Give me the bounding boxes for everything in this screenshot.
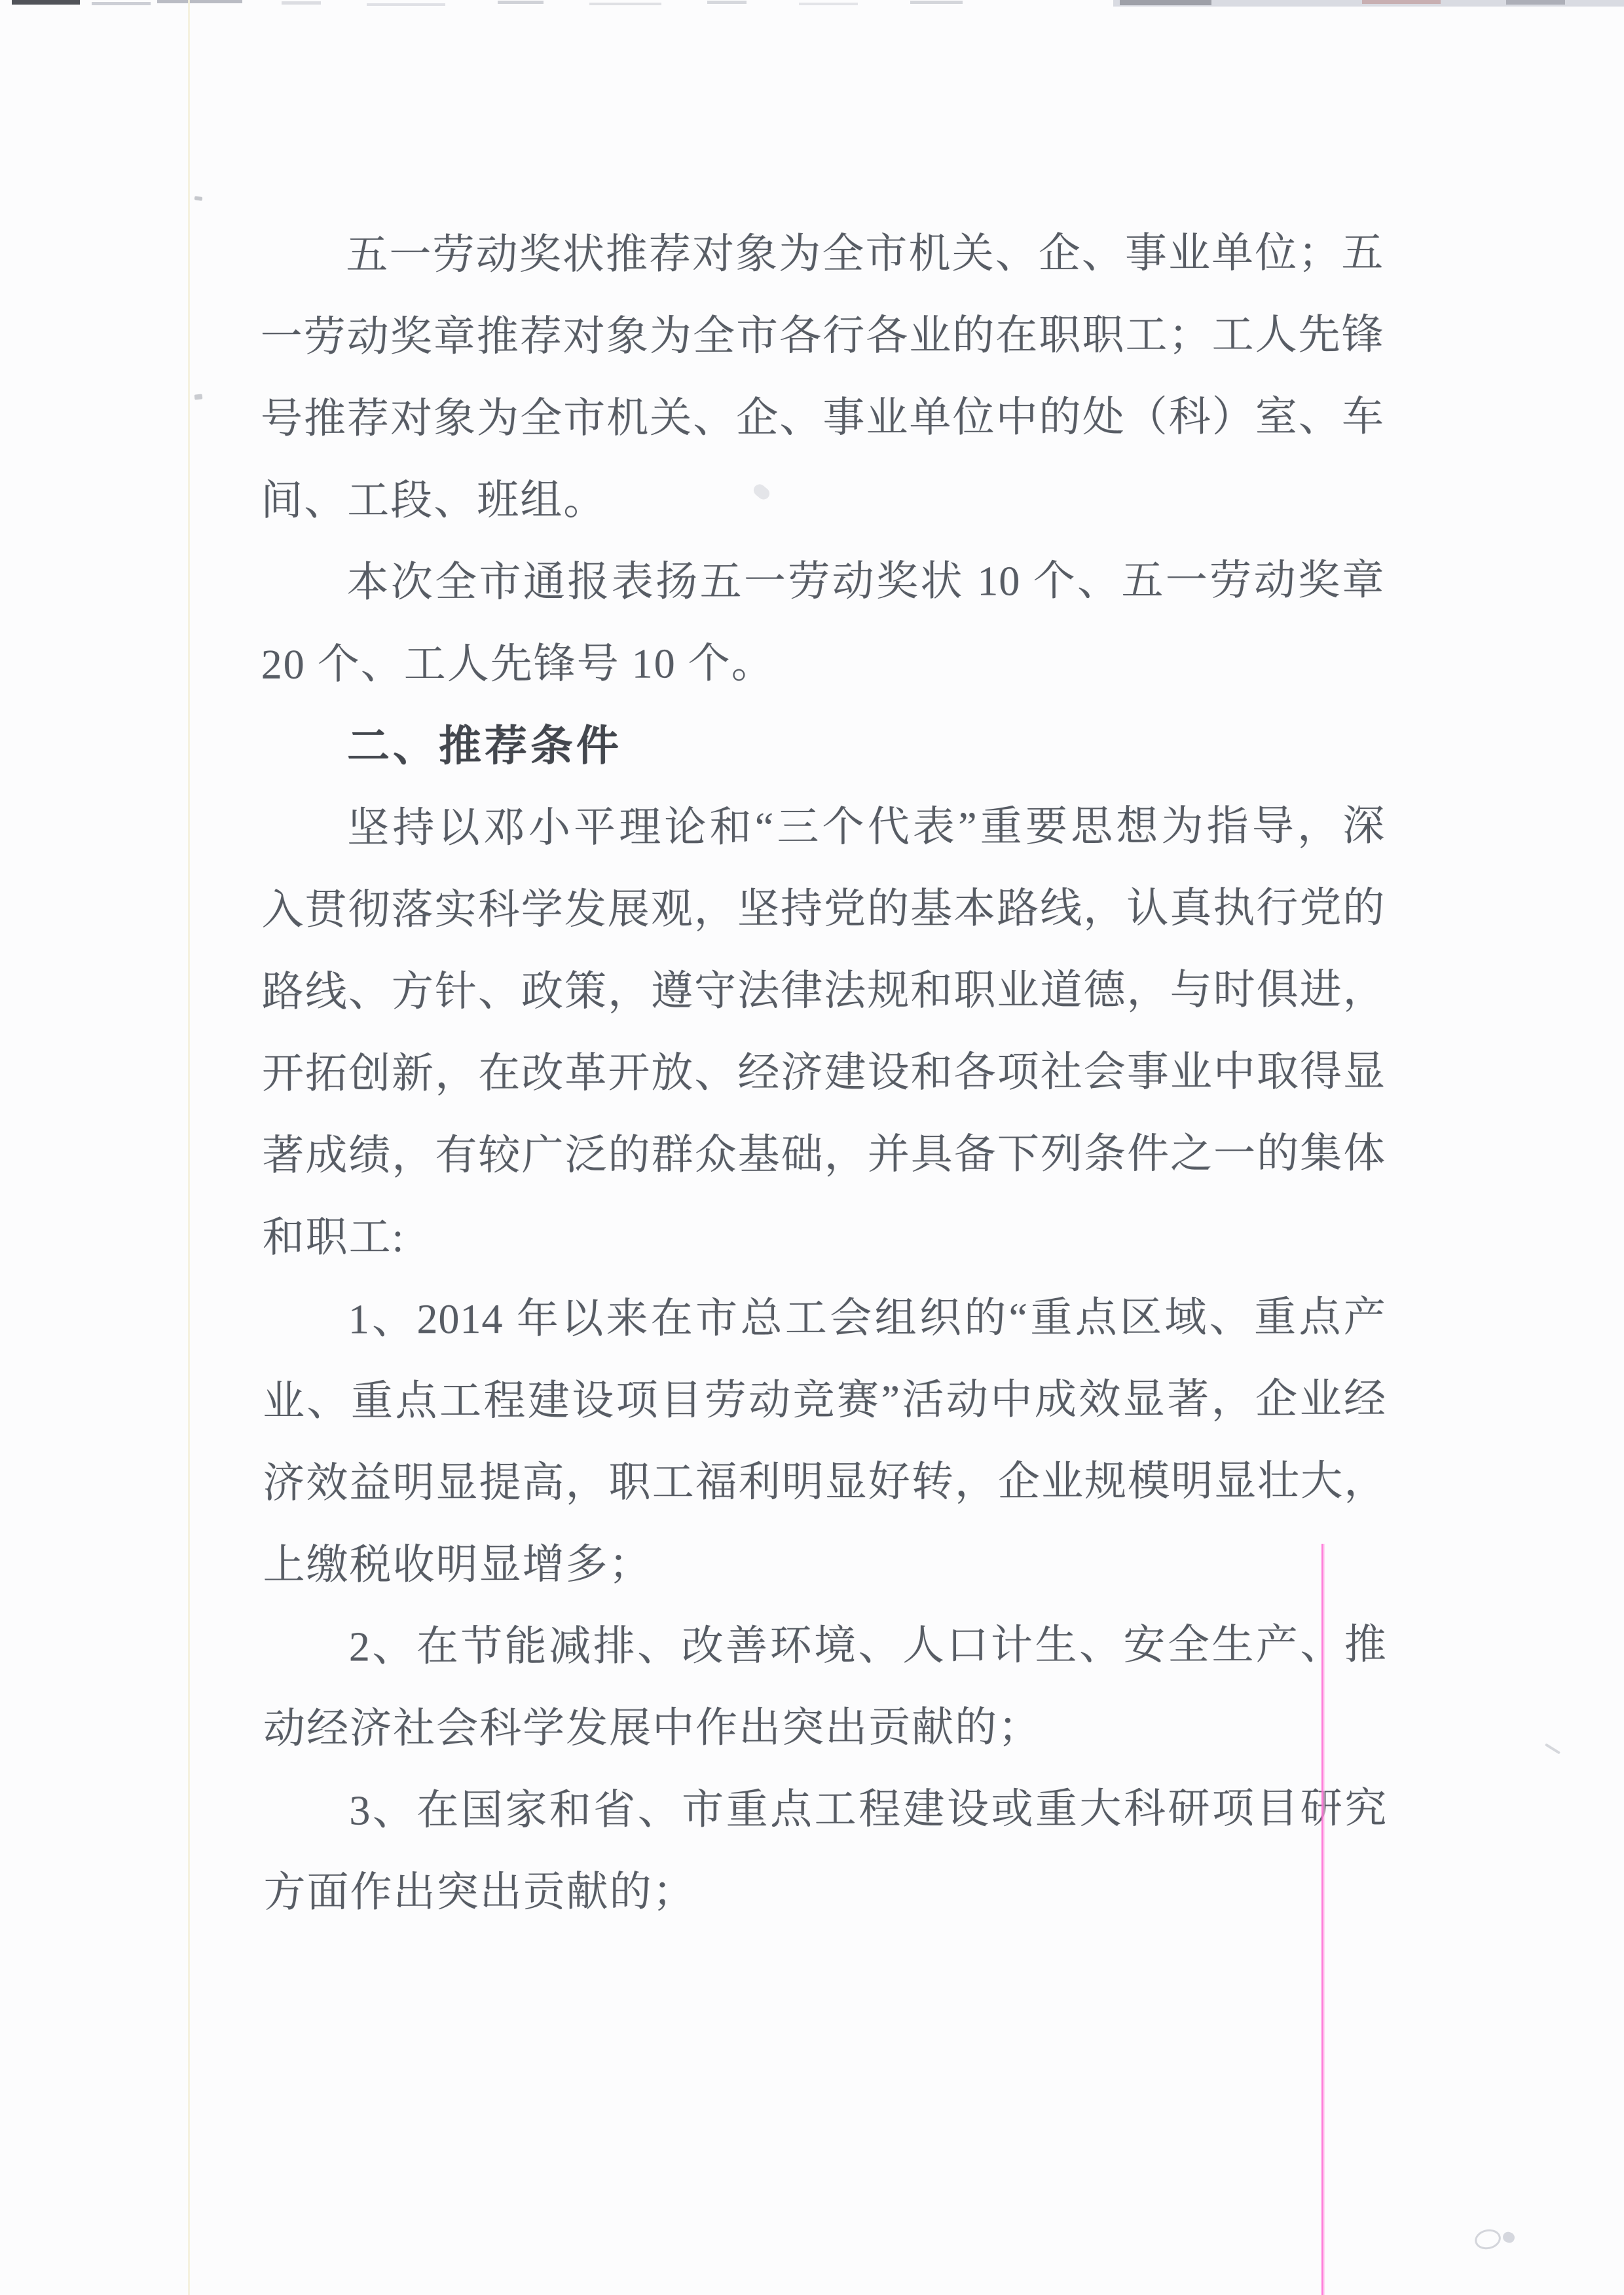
top-edge-dash xyxy=(367,3,445,6)
document-line: 济效益明显提高，职工福利明显好转，企业规模明显壮大， xyxy=(263,1440,1386,1524)
top-edge-dash xyxy=(799,3,858,5)
document-line: 坚持以邓小平理论和“三个代表”重要思想为指导，深 xyxy=(261,785,1385,869)
pencil-smudge-dot xyxy=(1502,2230,1516,2244)
top-edge-dash xyxy=(589,3,661,5)
pink-scan-line-halo xyxy=(1323,1544,1325,2295)
top-edge-dark-right2 xyxy=(1506,0,1565,5)
top-edge-dash xyxy=(498,1,544,4)
document-line: 五一劳动奖状推荐对象为全市机关、企、事业单位；五 xyxy=(260,212,1384,296)
top-edge-dash xyxy=(282,1,321,5)
document-line: 1、2014 年以来在市总工会组织的“重点区域、重点产 xyxy=(263,1276,1386,1360)
document-line: 和职工: xyxy=(262,1194,1386,1278)
document-line: 入贯彻落实科学发展观，坚持党的基本路线，认真执行党的 xyxy=(261,867,1385,951)
document-line: 动经济社会科学发展中作出突出贡献的； xyxy=(263,1685,1387,1770)
document-line: 业、重点工程建设项目劳动竞赛”活动中成效显著，企业经 xyxy=(263,1358,1386,1442)
pencil-smudge-ring xyxy=(1473,2227,1502,2252)
top-edge-dash xyxy=(157,0,242,3)
document-line: 开拓创新，在改革开放、经济建设和各项社会事业中取得显 xyxy=(262,1030,1386,1115)
top-edge-dash xyxy=(910,1,963,4)
document-line: 间、工段、班组。 xyxy=(261,457,1384,542)
document-line: 号推荐对象为全市机关、企、事业单位中的处（科）室、车 xyxy=(261,375,1384,460)
section-heading: 二、推荐条件 xyxy=(261,703,1385,787)
paper-background: 五一劳动奖状推荐对象为全市机关、企、事业单位；五一劳动奖章推荐对象为全市各行各业… xyxy=(0,0,1624,2295)
top-edge-dash xyxy=(92,2,151,5)
cream-fold-line xyxy=(188,0,190,2295)
document-line: 上缴税收明显增多； xyxy=(263,1521,1386,1606)
top-edge-dark-right xyxy=(1120,0,1211,5)
top-edge-dark-bar xyxy=(12,0,80,5)
document-line: 著成绩，有较广泛的群众基础，并具备下列条件之一的集体 xyxy=(262,1112,1386,1197)
document-line: 一劳动奖章推荐对象为全市各行各业的在职职工；工人先锋 xyxy=(261,293,1384,378)
left-margin-tick xyxy=(194,196,203,201)
document-line: 2、在节能减排、改善环境、人口计生、安全生产、推 xyxy=(263,1603,1387,1688)
left-margin-tick xyxy=(194,394,203,400)
top-edge-red-tinge xyxy=(1362,0,1441,4)
faint-slash xyxy=(1545,1743,1560,1754)
document-text-block: 五一劳动奖状推荐对象为全市机关、企、事业单位；五一劳动奖章推荐对象为全市各行各业… xyxy=(260,212,1387,1933)
document-line: 路线、方针、政策，遵守法律法规和职业道德，与时俱进， xyxy=(262,948,1386,1033)
top-edge-dash xyxy=(707,1,747,4)
document-line: 3、在国家和省、市重点工程建设或重大科研项目研究 xyxy=(263,1767,1387,1852)
document-line: 方面作出突出贡献的； xyxy=(263,1849,1387,1933)
scanned-document-page: { "page": { "width": 2480, "height": 350… xyxy=(0,0,1624,2295)
document-line: 本次全市通报表扬五一劳动奖状 10 个、五一劳动奖章 xyxy=(261,539,1384,624)
document-line: 20 个、工人先锋号 10 个。 xyxy=(261,621,1385,705)
